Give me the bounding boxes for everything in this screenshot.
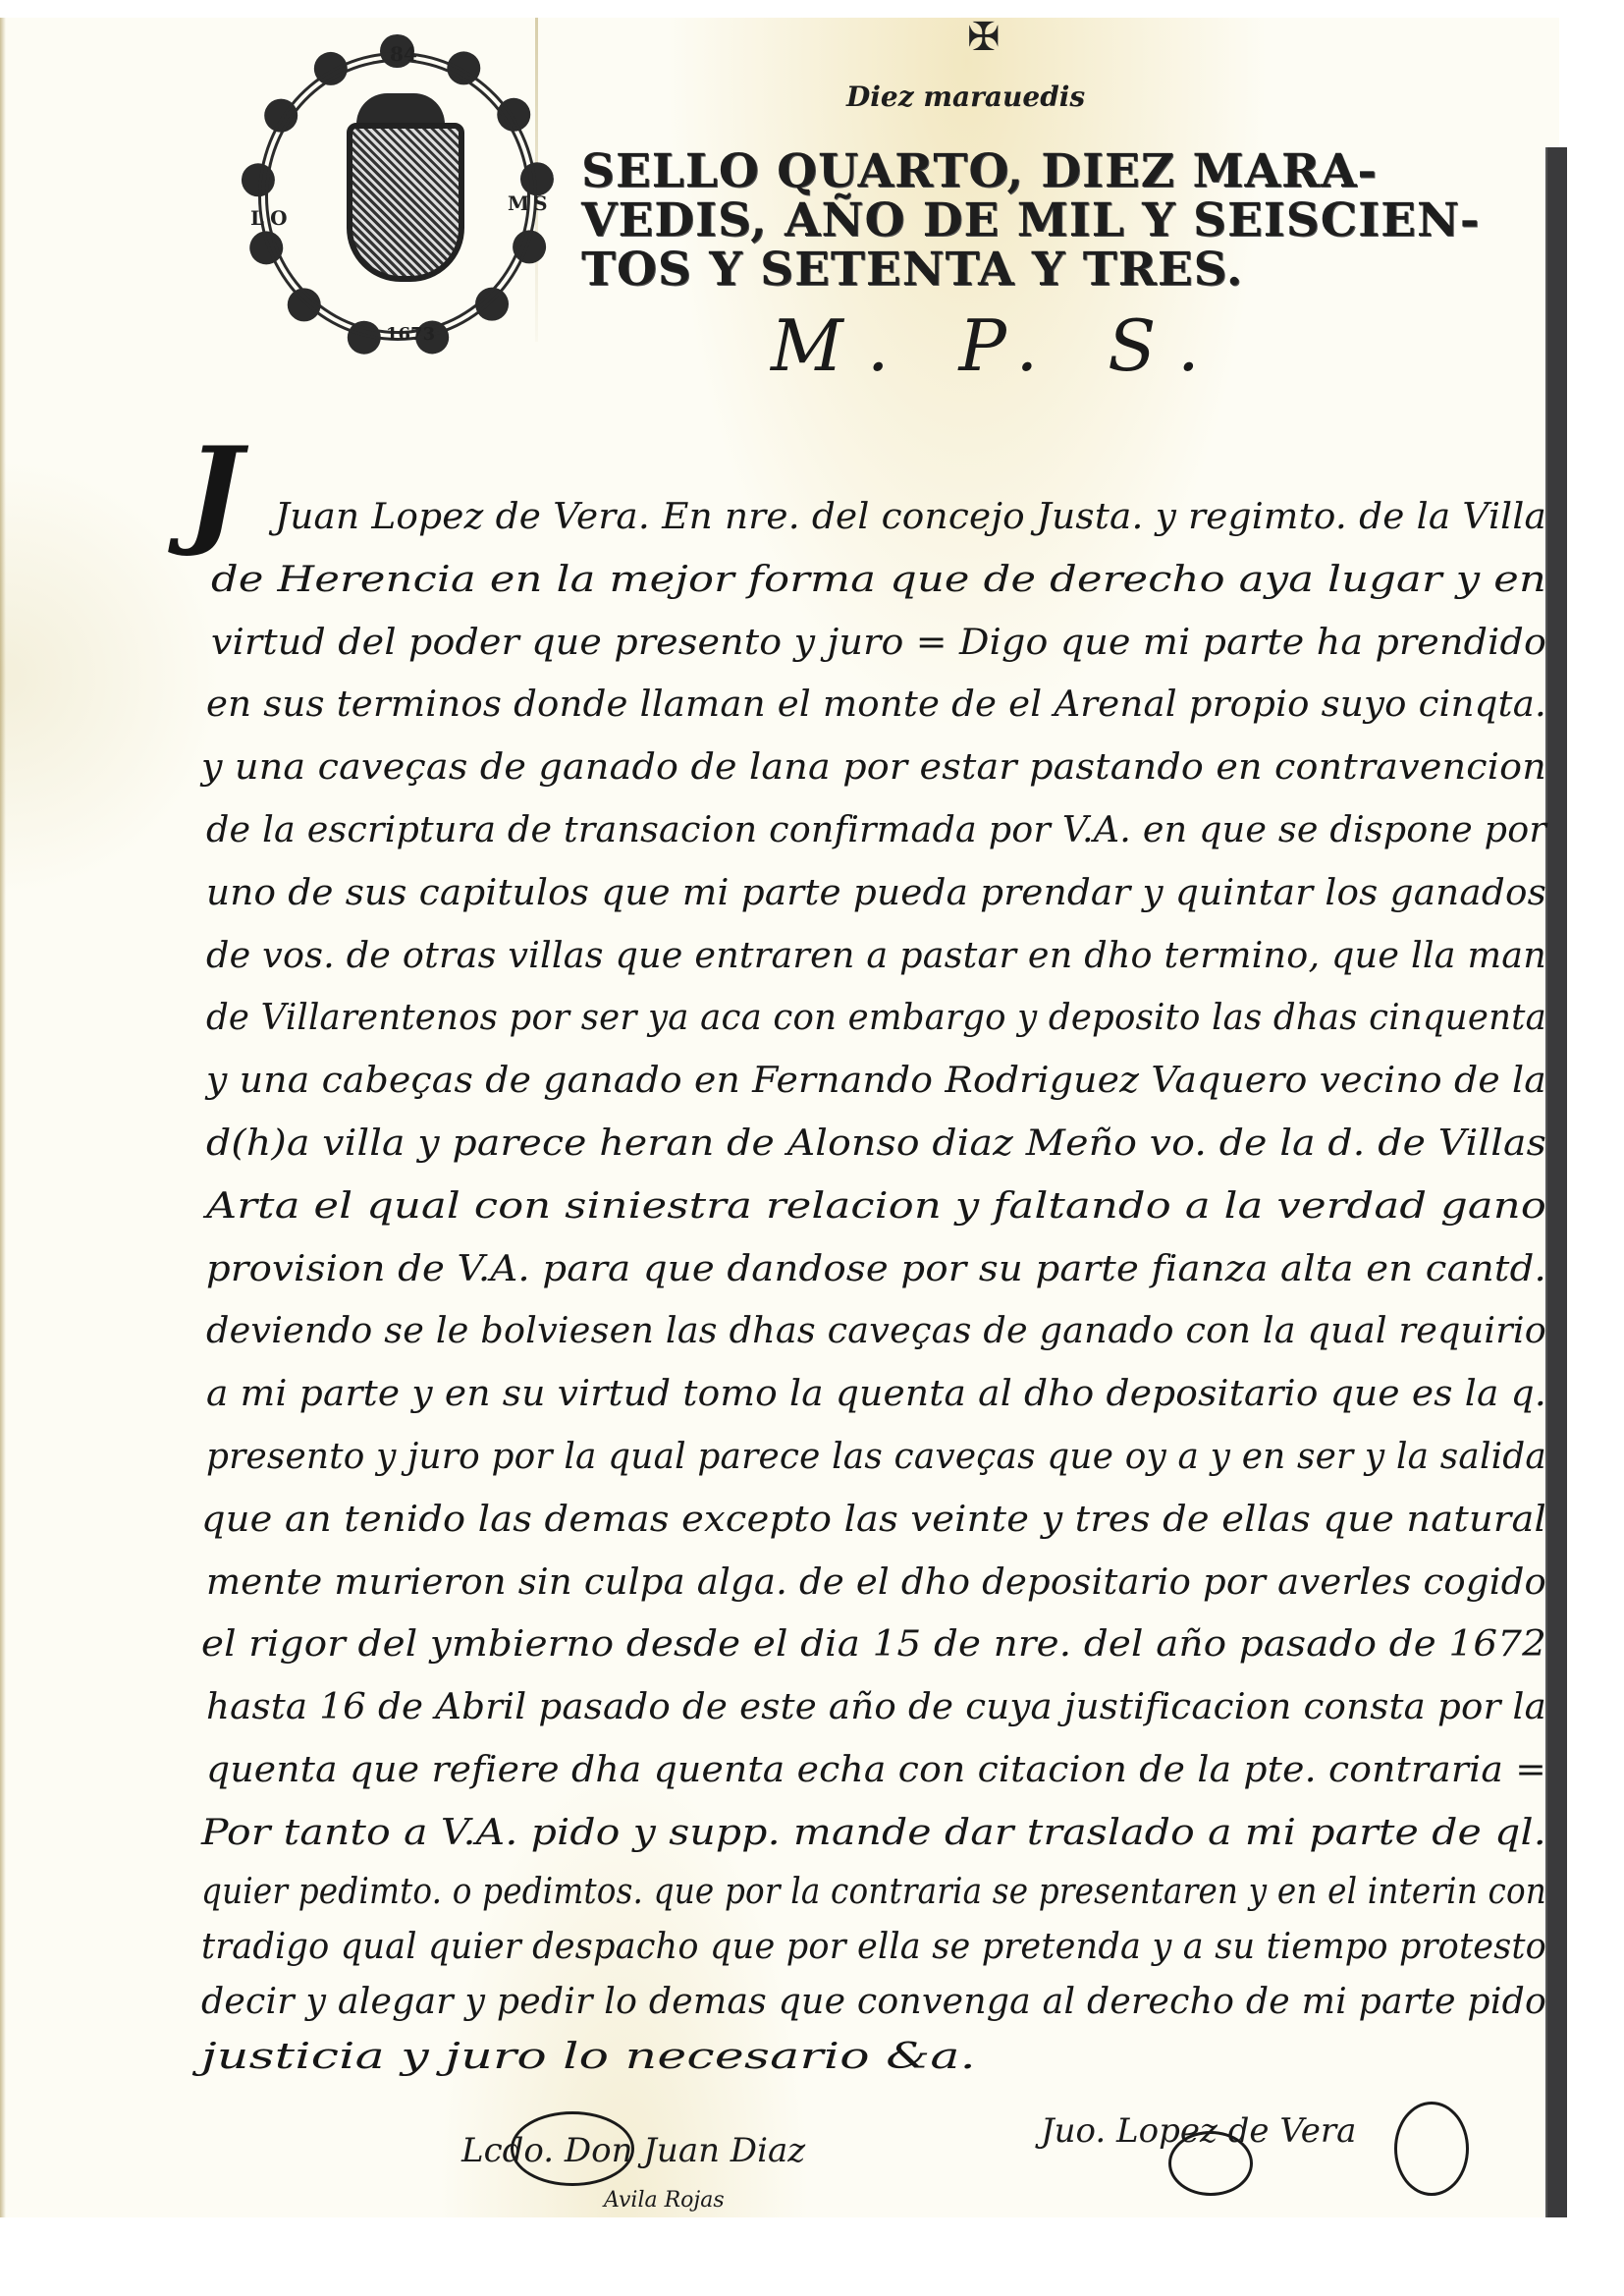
- manuscript-line: quenta que refiere dha quenta echa con c…: [201, 1739, 1556, 1802]
- signature-rubric-flourish: [1394, 2102, 1469, 2196]
- signature-left-subtitle: Avila Rojas: [604, 2188, 725, 2213]
- manuscript-line: de vos. de otras villas que entraren a p…: [201, 925, 1556, 988]
- manuscript-line: virtud del poder que presento y juro = D…: [201, 612, 1556, 675]
- royal-seal-stamp: 84 LO MS 1673: [221, 25, 574, 368]
- manuscript-line: de la escriptura de transacion confirmad…: [201, 799, 1556, 862]
- stamp-header-line: TOS Y SETENTA Y TRES.: [581, 246, 1504, 295]
- manuscript-body: Juan Lopez de Vera. En nre. del concejo …: [201, 486, 1556, 2085]
- signature-rubric-flourish: [1168, 2131, 1253, 2196]
- manuscript-line: de Herencia en la mejor forma que de der…: [201, 549, 1556, 612]
- cross-icon: ✠: [967, 18, 1001, 57]
- seal-right-text: MS: [508, 191, 552, 215]
- manuscript-line: deviendo se le bolviesen las dhas caveça…: [201, 1300, 1556, 1363]
- manuscript-line: quier pedimto. o pedimtos. que por la co…: [201, 1865, 1556, 1920]
- stamp-header-line: SELLO QUARTO, DIEZ MARA-: [581, 147, 1504, 196]
- seal-left-text: LO: [250, 206, 293, 230]
- manuscript-line: Juan Lopez de Vera. En nre. del concejo …: [201, 486, 1556, 549]
- manuscript-line: Por tanto a V.A. pido y supp. mande dar …: [201, 1802, 1556, 1865]
- stamp-header-line: VEDIS, AÑO DE MIL Y SEISCIEN-: [581, 196, 1504, 246]
- stamp-value-label: Diez marauedis: [846, 81, 1085, 113]
- manuscript-line: y una cabeças de ganado en Fernando Rodr…: [201, 1050, 1556, 1113]
- manuscript-line: justicia y juro lo necesario &a.: [201, 2030, 1556, 2085]
- signature-left: Lcdo. Don Juan Diaz: [461, 2131, 805, 2170]
- manuscript-line: decir y alegar y pedir lo demas que conv…: [201, 1975, 1556, 2030]
- stamp-header: SELLO QUARTO, DIEZ MARA- VEDIS, AÑO DE M…: [581, 147, 1504, 295]
- manuscript-line: d(h)a villa y parece heran de Alonso dia…: [201, 1113, 1556, 1175]
- manuscript-line: hasta 16 de Abril pasado de este año de …: [201, 1676, 1556, 1739]
- manuscript-line: provision de V.A. para que dandose por s…: [201, 1238, 1556, 1301]
- manuscript-line: el rigor del ymbierno desde el dia 15 de…: [201, 1613, 1556, 1676]
- seal-year: 1673: [386, 324, 435, 345]
- manuscript-line: en sus terminos donde llaman el monte de…: [201, 674, 1556, 737]
- salutation: M. P. S.: [771, 304, 1223, 387]
- seal-number: 84: [390, 42, 417, 66]
- manuscript-line: Arta el qual con siniestra relacion y fa…: [201, 1175, 1556, 1238]
- manuscript-line: mente murieron sin culpa alga. de el dho…: [201, 1552, 1556, 1614]
- manuscript-line: y una caveças de ganado de lana por esta…: [201, 737, 1556, 799]
- coat-of-arms-icon: [347, 123, 464, 282]
- manuscript-line: a mi parte y en su virtud tomo la quenta…: [201, 1363, 1556, 1426]
- manuscript-line: tradigo qual quier despacho que por ella…: [201, 1920, 1556, 1975]
- manuscript-line: de Villarentenos por ser ya aca con emba…: [201, 987, 1556, 1050]
- manuscript-line: uno de sus capitulos que mi parte pueda …: [201, 862, 1556, 925]
- paper-edge-stain: [0, 18, 6, 2217]
- manuscript-line: que an tenido las demas excepto las vein…: [201, 1489, 1556, 1552]
- manuscript-line: presento y juro por la qual parece las c…: [201, 1426, 1556, 1489]
